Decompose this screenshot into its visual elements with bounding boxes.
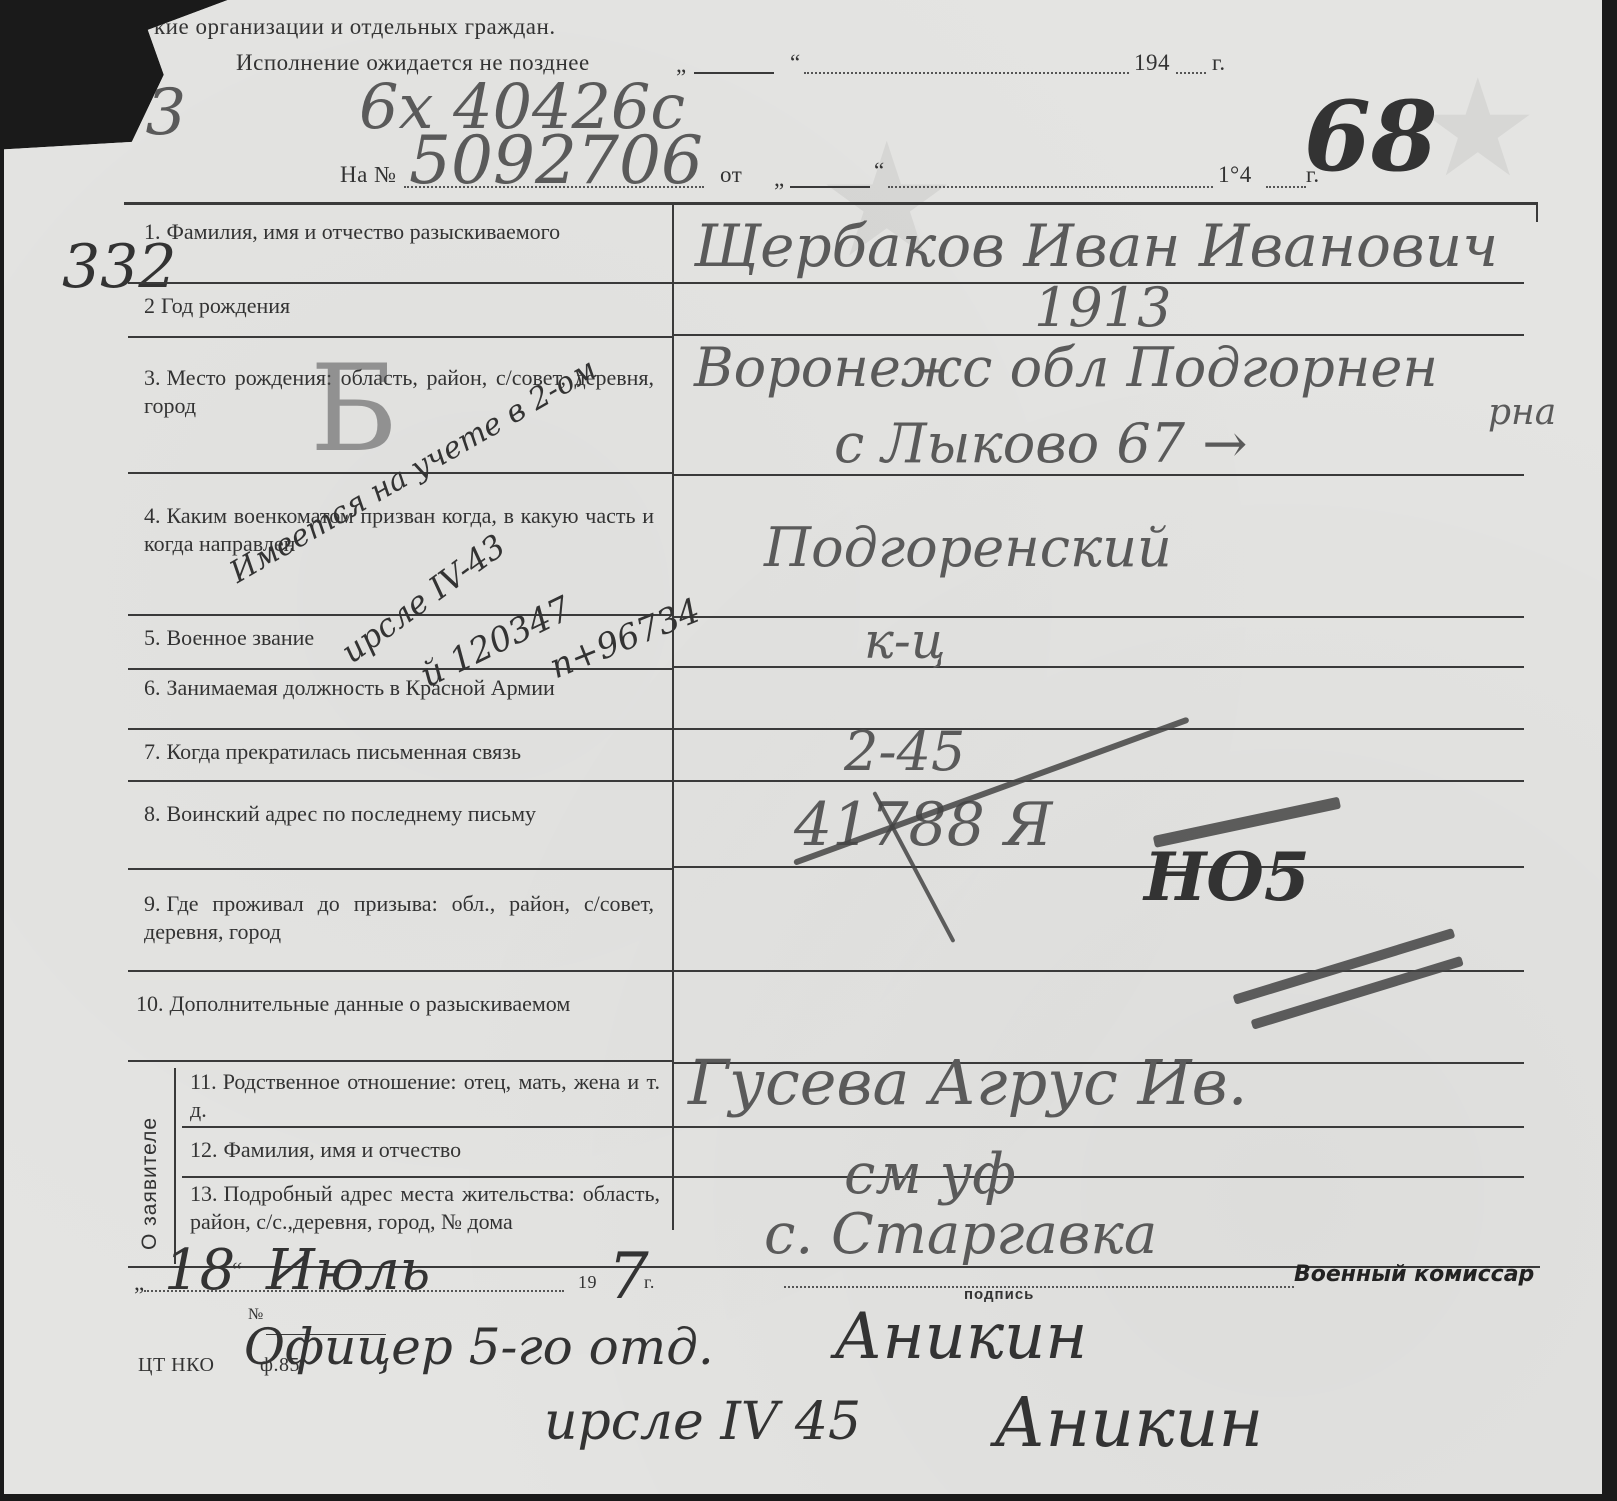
handwritten-ref-number: 5092706 <box>409 122 703 199</box>
row-separator <box>128 780 672 782</box>
field-1-value: Щербаков Иван Иванович <box>694 212 1498 280</box>
ref-close-quote: “ <box>874 158 885 184</box>
row-separator <box>674 666 1524 668</box>
footer-hand-note-2: ирсле IV 45 <box>544 1392 861 1452</box>
field-13-value-line-2: с. Старгавка <box>764 1202 1157 1267</box>
field-2-value: 1913 <box>1034 276 1171 339</box>
field-3-value-note: рна <box>1488 392 1556 433</box>
field-3-value-line-1: Воронежс обл Подгорнен <box>694 336 1438 399</box>
field-1-label: 1.Фамилия, имя и отчество разыскиваемого <box>144 218 654 246</box>
row-separator <box>182 1176 672 1178</box>
deadline-day-line <box>694 72 774 74</box>
deadline-year-line <box>1176 72 1206 74</box>
table-column-divider <box>672 202 674 1230</box>
field-13-label: 13.Подробный адрес места жительства: обл… <box>190 1180 660 1236</box>
commissar-label: Военный комиссар <box>1294 1262 1534 1287</box>
row-separator <box>128 868 672 870</box>
row-separator <box>128 1060 672 1062</box>
row-separator <box>128 282 672 284</box>
applicant-section-divider <box>174 1068 176 1264</box>
signature-1: Аникин <box>834 1300 1087 1374</box>
handwritten-left-number: 153 <box>64 76 186 150</box>
field-4-label: 4.Каким военкоматом призван когда, в как… <box>144 502 654 558</box>
field-10-label: 10.Дополнительные данные о разыскиваемом <box>136 990 654 1018</box>
field-12-value: Гусева Агрус Ив. <box>688 1046 1247 1119</box>
footer-org-label: ЦТ НКО <box>138 1354 214 1377</box>
ref-year: 1°4 <box>1218 162 1252 188</box>
footer-date-year-suffix: г. <box>644 1272 655 1293</box>
row-separator <box>674 728 1524 730</box>
field-5-value: к-ц <box>864 612 946 670</box>
field-9-label: 9.Где проживал до призыва: обл., район, … <box>144 890 654 946</box>
header-line-1: кие организации и отдельных граждан. <box>154 14 556 40</box>
ref-day-line <box>790 186 870 188</box>
ref-label: На № <box>340 162 397 188</box>
row-separator <box>128 728 672 730</box>
row-separator <box>128 970 672 972</box>
stamp-letter: Б <box>310 340 398 479</box>
handwritten-corner-mark: 68 <box>1304 80 1438 193</box>
footer-date-line <box>144 1290 564 1292</box>
signature-2: Аникин <box>994 1384 1263 1463</box>
footer-hand-note-1: Офицер 5-го отд. <box>244 1318 714 1376</box>
table-right-border <box>1536 202 1538 222</box>
row-separator <box>674 866 1524 868</box>
deadline-year: 194 <box>1134 50 1170 76</box>
footer-date-day: 18 <box>164 1238 235 1303</box>
signature-line <box>784 1286 1294 1288</box>
field-2-label: 2Год рождения <box>144 292 654 320</box>
field-7-label: 7.Когда прекратилась письменная связь <box>144 738 672 766</box>
ref-from: от <box>720 162 742 188</box>
ref-year-line <box>1266 186 1306 188</box>
applicant-section-label: О заявителе <box>138 1117 162 1250</box>
footer-date-close-quote: “ <box>232 1258 243 1284</box>
row-separator <box>674 616 1524 618</box>
footer-date-month: Июль <box>266 1238 430 1303</box>
table-top-border <box>124 202 1536 205</box>
field-11-label: 11.Родственное отношение: отец, мать, же… <box>190 1068 660 1124</box>
watermark-star-icon: ★ <box>1424 60 1532 199</box>
field-13-value-line-1: см уф <box>844 1142 1016 1207</box>
row-separator <box>674 780 1524 782</box>
ref-open-quote: „ <box>774 166 785 192</box>
deadline-month-line <box>804 72 1129 74</box>
document-sheet: ★ ★ кие организации и отдельных граждан.… <box>4 0 1602 1494</box>
footer-date-year-hand: 7 <box>608 1240 649 1314</box>
deadline-year-suffix: г. <box>1212 50 1226 76</box>
field-7-value: 2-45 <box>844 720 965 783</box>
row-separator <box>674 970 1524 972</box>
footer-date-open-quote: „ <box>134 1270 145 1296</box>
field-3-value-line-2: с Лыково 67 → <box>834 412 1247 475</box>
field-12-label: 12.Фамилия, имя и отчество <box>190 1136 660 1164</box>
ref-month-line <box>888 186 1213 188</box>
field-9-value: НО5 <box>1144 838 1310 916</box>
row-separator <box>674 1176 1524 1178</box>
footer-date-year-prefix: 19 <box>578 1272 597 1293</box>
field-8-label: 8.Воинский адрес по последнему письму <box>144 800 654 828</box>
row-separator <box>128 336 672 338</box>
field-4-value: Подгоренский <box>764 516 1172 579</box>
row-separator <box>674 1126 1524 1128</box>
deadline-close-quote: “ <box>790 50 801 76</box>
row-separator <box>182 1126 672 1128</box>
